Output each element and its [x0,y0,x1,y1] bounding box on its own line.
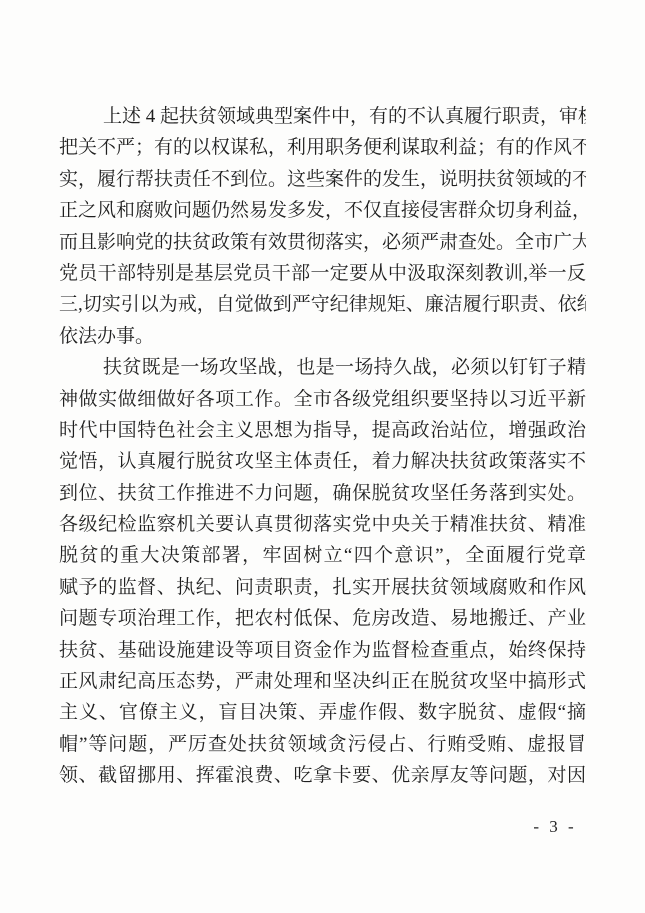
text-line: 而且影响党的扶贫政策有效贯彻落实，必须严肃查处。全市广大 [59,227,586,258]
text-line: 问题专项治理工作，把农村低保、危房改造、易地搬迁、产业 [59,603,586,634]
text-line: 觉悟，认真履行脱贫攻坚主体责任，着力解决扶贫政策落实不 [59,446,586,477]
text-line: 三,切实引以为戒，自觉做到严守纪律规矩、廉洁履行职责、依纪 [59,289,586,320]
text-line: 到位、扶贫工作推进不力问题，确保脱贫攻坚任务落到实处。 [59,478,586,509]
text-line: 各级纪检监察机关要认真贯彻落实党中央关于精准扶贫、精准 [59,509,586,540]
text-line: 依法办事。 [59,321,586,352]
page-number: - 3 - [522,817,588,837]
text-line: 正之风和腐败问题仍然易发多发，不仅直接侵害群众切身利益， [59,195,586,226]
text-line: 帽”等问题，严厉查处扶贫领域贪污侵占、行贿受贿、虚报冒 [59,729,586,760]
text-line: 神做实做细做好各项工作。全市各级党组织要坚持以习近平新 [59,384,586,415]
text-line: 脱贫的重大决策部署，牢固树立“四个意识”，全面履行党章 [59,540,586,571]
text-line: 时代中国特色社会主义思想为指导，提高政治站位，增强政治 [59,415,586,446]
text-line: 上述 4 起扶贫领域典型案件中，有的不认真履行职责，审核 [59,101,586,132]
text-line: 把关不严；有的以权谋私，利用职务便利谋取利益；有的作风不 [59,132,586,163]
text-line: 主义、官僚主义，盲目决策、弄虚作假、数字脱贫、虚假“摘 [59,697,586,728]
document-body-text: 上述 4 起扶贫领域典型案件中，有的不认真履行职责，审核 把关不严；有的以权谋私… [59,101,586,792]
text-line: 党员干部特别是基层党员干部一定要从中汲取深刻教训,举一反 [59,258,586,289]
text-line: 扶贫既是一场攻坚战，也是一场持久战，必须以钉钉子精 [59,352,586,383]
text-line: 赋予的监督、执纪、问责职责，扎实开展扶贫领域腐败和作风 [59,572,586,603]
text-line: 实，履行帮扶责任不到位。这些案件的发生，说明扶贫领域的不 [59,164,586,195]
text-line: 正风肃纪高压态势，严肃处理和坚决纠正在脱贫攻坚中搞形式 [59,666,586,697]
text-line: 领、截留挪用、挥霍浪费、吃拿卡要、优亲厚友等问题，对因 [59,760,586,791]
text-line: 扶贫、基础设施建设等项目资金作为监督检查重点，始终保持 [59,635,586,666]
document-page: 上述 4 起扶贫领域典型案件中，有的不认真履行职责，审核 把关不严；有的以权谋私… [0,0,645,913]
